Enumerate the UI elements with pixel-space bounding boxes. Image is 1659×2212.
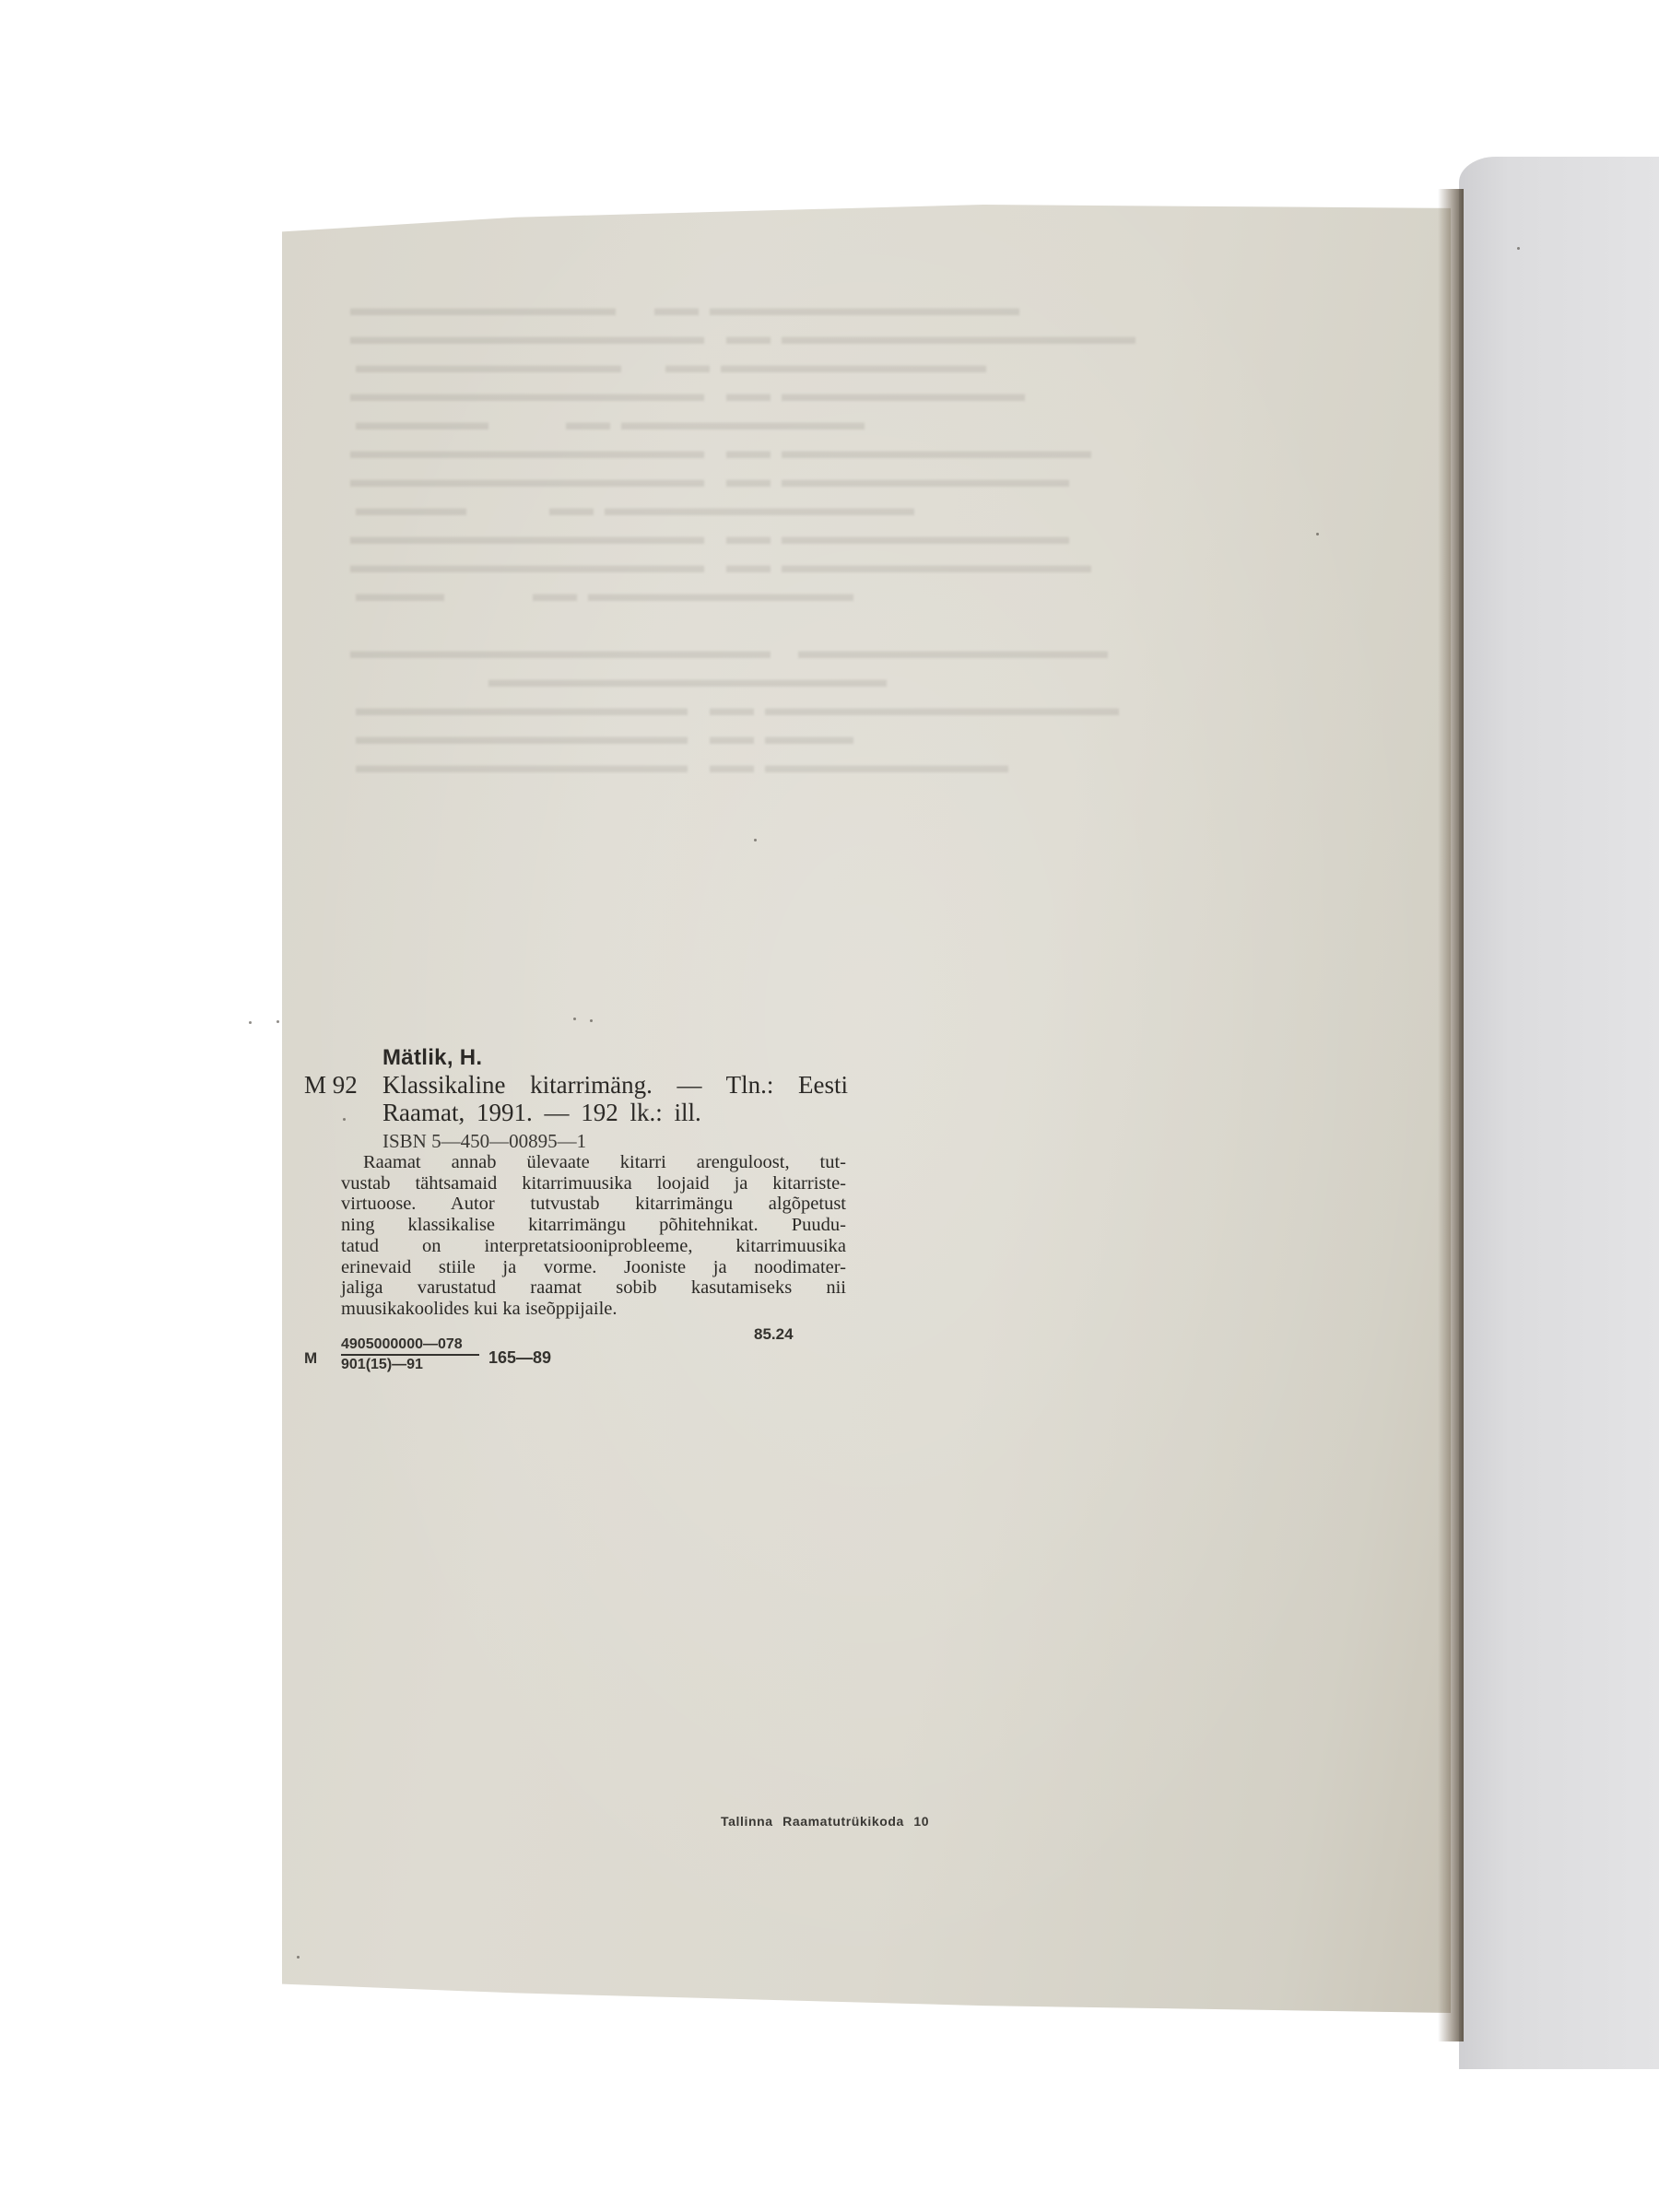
abstract-line: muusikakoolides kui ka iseõppijaile.: [341, 1299, 846, 1320]
paper-speck: [276, 1020, 279, 1023]
facing-page: [1459, 157, 1659, 2069]
book-photo: ▬▬▬▬▬▬▬▬▬▬▬▬ ▬▬ ▬▬▬▬▬▬▬▬▬▬▬▬▬▬ ▬▬▬▬▬▬▬▬▬…: [0, 0, 1659, 2212]
author-name: Mätlik, H.: [382, 1045, 482, 1071]
paper-speck: [249, 1021, 252, 1024]
abstract: Raamat annab ülevaate kitarri arenguloos…: [341, 1152, 846, 1320]
classification-number: 85.24: [754, 1325, 794, 1344]
abstract-line: ning klassikalise kitarrimängu põhitehni…: [341, 1215, 846, 1236]
index-code: M 4905000000—078 901(15)—91 165—89 85.24: [304, 1318, 857, 1373]
show-through-text: ▬▬▬▬▬▬▬▬▬▬▬▬ ▬▬ ▬▬▬▬▬▬▬▬▬▬▬▬▬▬ ▬▬▬▬▬▬▬▬▬…: [350, 295, 1135, 781]
index-code-numerator: 4905000000—078: [341, 1336, 479, 1356]
paper-speck: [297, 1956, 300, 1959]
paper-speck: [573, 1018, 576, 1020]
paper-speck: [754, 839, 757, 841]
abstract-line: jaliga varustatud raamat sobib kasutamis…: [341, 1277, 846, 1299]
call-number: M 92: [304, 1071, 358, 1100]
paper-speck: [1517, 247, 1520, 250]
abstract-line: erinevaid stiile ja vorme. Jooniste ja n…: [341, 1257, 846, 1278]
abstract-line: Raamat annab ülevaate kitarri arenguloos…: [341, 1152, 846, 1173]
paper-speck: [590, 1019, 593, 1022]
index-code-fraction: 4905000000—078 901(15)—91: [341, 1336, 479, 1373]
paper-speck: [343, 1118, 346, 1121]
index-code-prefix: M: [304, 1349, 317, 1368]
index-code-denominator: 901(15)—91: [341, 1356, 479, 1373]
book-title-line: Klassikaline kitarrimäng. — Tln.: Eesti: [382, 1071, 848, 1099]
abstract-line: vustab tähtsamaid kitarrimuusika loojaid…: [341, 1173, 846, 1194]
book-spine-shadow: [1438, 189, 1464, 2041]
publication-line: Raamat, 1991. — 192 lk.: ill.: [382, 1099, 701, 1127]
index-code-suffix: 165—89: [488, 1348, 551, 1368]
isbn: ISBN 5—450—00895—1: [382, 1130, 586, 1153]
abstract-line: virtuoose. Autor tutvustab kitarrimängu …: [341, 1194, 846, 1215]
abstract-line: tatud on interpretatsiooniprobleeme, kit…: [341, 1236, 846, 1257]
printer-imprint: Tallinna Raamatutrükikoda 10: [721, 1814, 929, 1829]
paper-speck: [1316, 533, 1319, 535]
